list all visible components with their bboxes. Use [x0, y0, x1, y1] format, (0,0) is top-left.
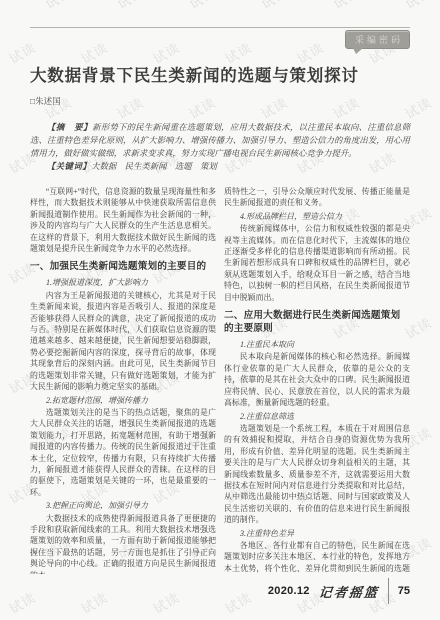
subsection-heading: 2.拓宽题材范围，增强传播力 — [30, 395, 216, 406]
watermark-text: 试读 — [149, 587, 183, 617]
page-title: 大数据背景下民生类新闻的选题与策划探讨 — [30, 0, 410, 86]
keywords-label: 【关键词】 — [47, 162, 91, 171]
page-content: 大数据背景下民生类新闻的选题与策划探讨 □朱述国 【摘 要】新形势下的民生新闻重… — [0, 0, 440, 574]
page-footer: 2020.12 记者摇篮 75 — [268, 578, 410, 604]
subsection-heading: 2.注重信息筛选 — [224, 411, 410, 422]
page-number: 75 — [398, 585, 410, 597]
paragraph: 民本取向是新闻媒体的核心和必然选择。新闻媒体行业依靠的是广大人民群众，依靠的是公… — [224, 351, 410, 408]
paragraph: “互联网+”时代，信息资源的数量呈现海量性和多样性，而大数据技术则能够从中快速获… — [30, 186, 216, 254]
paragraph: 选题策划是一个系统工程，本质在于对周围信息的有效捕捉和提取，并结合自身的资源优势… — [224, 423, 410, 526]
paragraph: 大数据技术的成熟使得新闻报道具备了更便捷的手段和获取新闻线索的工具。利用大数据技… — [30, 513, 216, 574]
subsection-heading: 3.把握正向舆论，加强引导力 — [30, 500, 216, 511]
keywords: 【关键词】大数据 民生类新闻 选题 策划 — [30, 160, 410, 173]
keywords-text: 大数据 民生类新闻 选题 策划 — [91, 162, 217, 171]
subsection-heading: 1.增强报道深度，扩大影响力 — [30, 277, 216, 288]
section-heading: 二、应用大数据进行民生类新闻选题策划的主要原则 — [224, 309, 410, 335]
watermark-text: 试读 — [221, 587, 255, 617]
author-name: □朱述国 — [30, 95, 410, 107]
column-right: 质特性之一，引导公众顺应时代发展、传播正能量是民生新闻报道的责任和义务。4.形成… — [224, 186, 410, 574]
subsection-heading: 1.注重民本取向 — [224, 339, 410, 350]
paragraph-continued: 质特性之一，引导公众顺应时代发展、传播正能量是民生新闻报道的责任和义务。 — [224, 186, 410, 209]
footer-divider — [388, 578, 389, 604]
paragraph: 选题策划关注的是当下的热点话题，聚焦的是广大人民群众关注的话题，增强民生类新闻报… — [30, 407, 216, 498]
watermark-text: 试读 — [77, 587, 111, 617]
subsection-heading: 4.形成品牌栏目，塑造公信力 — [224, 211, 410, 222]
paragraph: 各地区、各行业都有自己的特色，民生新闻在选题策划时应多关注本地区、本行业的特色，… — [224, 540, 410, 574]
paragraph: 内容为王是新闻报道的关键核心，尤其是对于民生类新闻来说，报道内容是否吸引人、报道… — [30, 290, 216, 393]
body-columns: “互联网+”时代，信息资源的数量呈现海量性和多样性，而大数据技术则能够从中快速获… — [30, 186, 410, 574]
paragraph: 传统新闻媒体中，公信力和权威性较强的都是央视等主流媒体。而在信息化时代下，主流媒… — [224, 223, 410, 303]
abstract: 【摘 要】新形势下的民生新闻重在选题策划，应用大数据技术，以注重民本取向、注重信… — [30, 121, 410, 160]
watermark-text: 试读 — [5, 587, 39, 617]
column-left: “互联网+”时代，信息资源的数量呈现海量性和多样性，而大数据技术则能够从中快速获… — [30, 186, 216, 574]
journal-page: 试读试读试读试读试读试读试读试读试读试读试读试读试读试读试读试读试读试读试读试读… — [0, 0, 440, 620]
subsection-heading: 3.注重特色差异 — [224, 528, 410, 539]
footer-issue: 2020.12 — [268, 585, 310, 597]
abstract-label: 【摘 要】 — [47, 123, 92, 132]
section-heading: 一、加强民生类新闻选题策划的主要目的 — [30, 260, 216, 273]
journal-logo: 记者摇篮 — [318, 582, 380, 601]
